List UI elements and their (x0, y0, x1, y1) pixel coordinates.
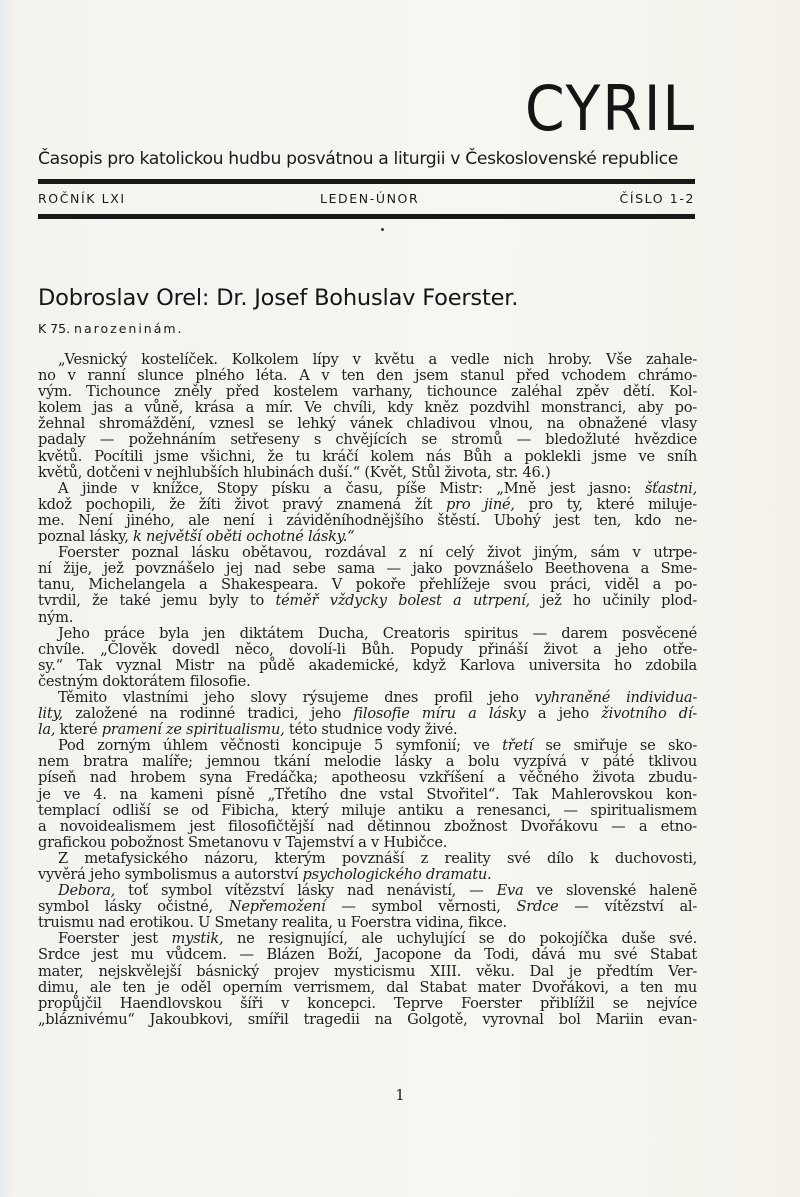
text-line: Debora, toť symbol vítězství lásky nad n… (38, 883, 697, 899)
text-segment: a jeho (526, 705, 602, 722)
text-line: dimu, ale ten je oděl operním verrismem,… (38, 980, 697, 996)
text-segment: květů. Pocítili jsme všichni, že tu kráč… (38, 448, 697, 465)
text-segment: Pod zorným úhlem věčnosti koncipuje 5 sy… (58, 737, 502, 754)
text-segment: se smiřuje se sko- (533, 737, 697, 754)
text-segment: Jeho práce byla jen diktátem Ducha, Crea… (58, 625, 697, 642)
text-line: „bláznivému“ Jakoubkovi, smířil tragedii… (38, 1012, 697, 1028)
italic-text: pramení ze spiritualismu, (102, 721, 285, 738)
text-segment: květů, dotčeni v nejhlubších hlubinách d… (38, 464, 550, 481)
text-line: A jinde v knížce, Stopy písku a času, pí… (38, 481, 697, 497)
text-segment: kdož pochopili, že žíti život pravý znam… (38, 496, 446, 513)
italic-text: mystik, (172, 930, 224, 947)
text-line: vyvěrá jeho symbolismus a autorství psyc… (38, 867, 697, 883)
text-line: kolem jas a vůně, krása a mír. Ve chvíli… (38, 400, 697, 416)
text-line: a novoidealismem jest filosofičtější nad… (38, 819, 697, 835)
italic-text: Nepřemožení (229, 898, 326, 915)
text-line: žehnal shromáždění, vznesl se lehký váne… (38, 416, 697, 432)
italic-text: pro jiné, (446, 496, 515, 513)
italic-text: filosofie míru a lásky (353, 705, 525, 722)
article-body: „Vesnický kostelíček. Kolkolem lípy v kv… (38, 352, 697, 1028)
text-line: tanu, Michelangela a Shakespeara. V poko… (38, 577, 697, 593)
italic-text: Eva (497, 882, 524, 899)
text-segment: — vítězství al- (558, 898, 697, 915)
text-segment: dimu, ale ten je oděl operním verrismem,… (38, 979, 697, 996)
text-line: čestným doktorátem filosofie. (38, 674, 697, 690)
italic-text: třetí (502, 737, 533, 754)
text-line: květů. Pocítili jsme všichni, že tu kráč… (38, 449, 697, 465)
text-line: Jeho práce byla jen diktátem Ducha, Crea… (38, 626, 697, 642)
text-segment: symbol lásky očistné, (38, 898, 229, 915)
italic-text: k největší oběti ochotné lásky.“ (133, 528, 354, 545)
italic-text: lity, (38, 705, 63, 722)
italic-text: životního dí- (601, 705, 697, 722)
text-segment: „bláznivému“ Jakoubkovi, smířil tragedii… (38, 1011, 697, 1028)
text-segment: kolem jas a vůně, krása a mír. Ve chvíli… (38, 399, 697, 416)
text-segment: píseň nad hrobem syna Fredáčka; apotheos… (38, 769, 697, 786)
text-line: květů, dotčeni v nejhlubších hlubinách d… (38, 465, 697, 481)
text-line: chvíle. „Člověk dovedl něco, dovolí-li B… (38, 642, 697, 658)
text-segment: této studnice vody živé. (285, 721, 458, 738)
italic-text: téměř vždycky bolest a utrpení, (276, 592, 530, 609)
text-line: Srdce jest mu vůdcem. — Blázen Boží, Jac… (38, 947, 697, 963)
text-line: Z metafysického názoru, kterým povznáší … (38, 851, 697, 867)
text-line: Foerster jest mystik, ne resignující, al… (38, 931, 697, 947)
text-line: la, které pramení ze spiritualismu, této… (38, 722, 697, 738)
journal-title: CYRIL (525, 78, 696, 140)
text-line: „Vesnický kostelíček. Kolkolem lípy v kv… (38, 352, 697, 368)
article-subtitle-prefix: K 75. (38, 321, 70, 336)
text-segment: me. Není jiného, ale není i záviděníhodn… (38, 512, 697, 529)
issue-number-label: ČÍSLO 1-2 (620, 191, 696, 206)
text-line: templací odliší se od Fibicha, který mil… (38, 803, 697, 819)
text-line: píseň nad hrobem syna Fredáčka; apotheos… (38, 770, 697, 786)
text-segment: Těmito vlastními jeho slovy rýsujeme dne… (58, 689, 535, 706)
text-segment: Srdce jest mu vůdcem. — Blázen Boží, Jac… (38, 946, 697, 963)
article-subtitle: K 75. narozeninám. (38, 321, 184, 336)
text-segment: a novoidealismem jest filosofičtější nad… (38, 818, 697, 835)
text-line: vým. Tichounce zněly před kostelem varha… (38, 384, 697, 400)
volume-label: ROČNÍK LXI (38, 191, 126, 206)
text-segment: — symbol věrnosti, (325, 898, 516, 915)
italic-text: vyhraněné individua- (535, 689, 697, 706)
ornament-dot (381, 228, 384, 231)
text-segment: je ve 4. na kameni písně „Třetího dne vs… (38, 786, 697, 803)
text-line: Pod zorným úhlem věčnosti koncipuje 5 sy… (38, 738, 697, 754)
text-segment: vyvěrá jeho symbolismus a autorství (38, 866, 303, 883)
text-line: Foerster poznal lásku obětavou, rozdával… (38, 545, 697, 561)
text-segment: založené na rodinné tradici, jeho (63, 705, 353, 722)
text-segment: tanu, Michelangela a Shakespeara. V poko… (38, 576, 697, 593)
text-segment: pro ty, které miluje- (515, 496, 697, 513)
italic-text: la, (38, 721, 55, 738)
italic-text: psychologického dramatu. (303, 866, 492, 883)
journal-subtitle: Časopis pro katolickou hudbu posvátnou a… (38, 149, 698, 169)
text-line: Těmito vlastními jeho slovy rýsujeme dne… (38, 690, 697, 706)
text-line: grafickou pobožnost Smetanovu v Tajemstv… (38, 835, 697, 851)
text-line: sy.“ Tak vyznal Mistr na půdě akademické… (38, 658, 697, 674)
page-number: 1 (0, 1086, 800, 1104)
text-segment: grafickou pobožnost Smetanovu v Tajemstv… (38, 834, 447, 851)
text-segment: A jinde v knížce, Stopy písku a času, pí… (58, 480, 645, 497)
italic-text: šťastni, (645, 480, 697, 497)
text-segment: truismu nad erotikou. U Smetany realita,… (38, 914, 507, 931)
text-segment: jež ho učinily plod- (530, 592, 697, 609)
header-rule-top (38, 179, 695, 184)
italic-text: Srdce (517, 898, 559, 915)
text-line: propůjčil Haendlovskou šíři v koncepci. … (38, 996, 697, 1012)
text-segment: ne resignující, ale uchylující se do pok… (223, 930, 697, 947)
text-segment: padaly — požehnáním setřeseny s chvějící… (38, 431, 697, 448)
text-segment: no v ranní slunce plného léta. A v ten d… (38, 367, 697, 384)
text-line: nem bratra malíře; jemnou tkání melodie … (38, 754, 697, 770)
text-line: no v ranní slunce plného léta. A v ten d… (38, 368, 697, 384)
text-segment: Foerster poznal lásku obětavou, rozdával… (58, 544, 697, 561)
text-segment: Z metafysického názoru, kterým povznáší … (58, 850, 697, 867)
italic-text: Debora, (58, 882, 115, 899)
text-line: truismu nad erotikou. U Smetany realita,… (38, 915, 697, 931)
text-line: kdož pochopili, že žíti život pravý znam… (38, 497, 697, 513)
text-line: poznal lásky, k největší oběti ochotné l… (38, 529, 697, 545)
text-line: symbol lásky očistné, Nepřemožení — symb… (38, 899, 697, 915)
text-segment: chvíle. „Člověk dovedl něco, dovolí-li B… (38, 641, 697, 658)
text-line: ní žije, jež povznášelo jej nad sebe sam… (38, 561, 697, 577)
text-segment: templací odliší se od Fibicha, který mil… (38, 802, 697, 819)
text-segment: sy.“ Tak vyznal Mistr na půdě akademické… (38, 657, 697, 674)
text-line: mater, nejskvělejší básnický projev myst… (38, 964, 697, 980)
header-rule-bottom (38, 214, 695, 219)
text-line: je ve 4. na kameni písně „Třetího dne vs… (38, 787, 697, 803)
text-segment: „Vesnický kostelíček. Kolkolem lípy v kv… (58, 351, 697, 368)
text-segment: ným. (38, 609, 73, 626)
text-segment: Foerster jest (58, 930, 172, 947)
text-line: lity, založené na rodinné tradici, jeho … (38, 706, 697, 722)
text-segment: poznal lásky, (38, 528, 133, 545)
text-segment: žehnal shromáždění, vznesl se lehký váne… (38, 415, 697, 432)
text-segment: nem bratra malíře; jemnou tkání melodie … (38, 753, 697, 770)
text-segment: které (55, 721, 102, 738)
text-segment: čestným doktorátem filosofie. (38, 673, 250, 690)
article-title: Dobroslav Orel: Dr. Josef Bohuslav Foers… (38, 285, 518, 311)
text-line: tvrdil, že také jemu byly to téměř vždyc… (38, 593, 697, 609)
journal-page: CYRIL Časopis pro katolickou hudbu posvá… (0, 0, 800, 1197)
text-segment: toť symbol vítězství lásky nad nenávistí… (115, 882, 497, 899)
text-segment: tvrdil, že také jemu byly to (38, 592, 276, 609)
article-subtitle-word: narozeninám. (74, 321, 183, 336)
text-line: ným. (38, 610, 697, 626)
text-line: padaly — požehnáním setřeseny s chvějící… (38, 432, 697, 448)
text-segment: propůjčil Haendlovskou šíři v koncepci. … (38, 995, 697, 1012)
text-segment: ve slovenské halenĕ (523, 882, 697, 899)
months-label: LEDEN-ÚNOR (320, 191, 419, 206)
text-segment: vým. Tichounce zněly před kostelem varha… (38, 383, 697, 400)
text-segment: ní žije, jež povznášelo jej nad sebe sam… (38, 560, 697, 577)
text-line: me. Není jiného, ale není i záviděníhodn… (38, 513, 697, 529)
text-segment: mater, nejskvělejší básnický projev myst… (38, 963, 697, 980)
